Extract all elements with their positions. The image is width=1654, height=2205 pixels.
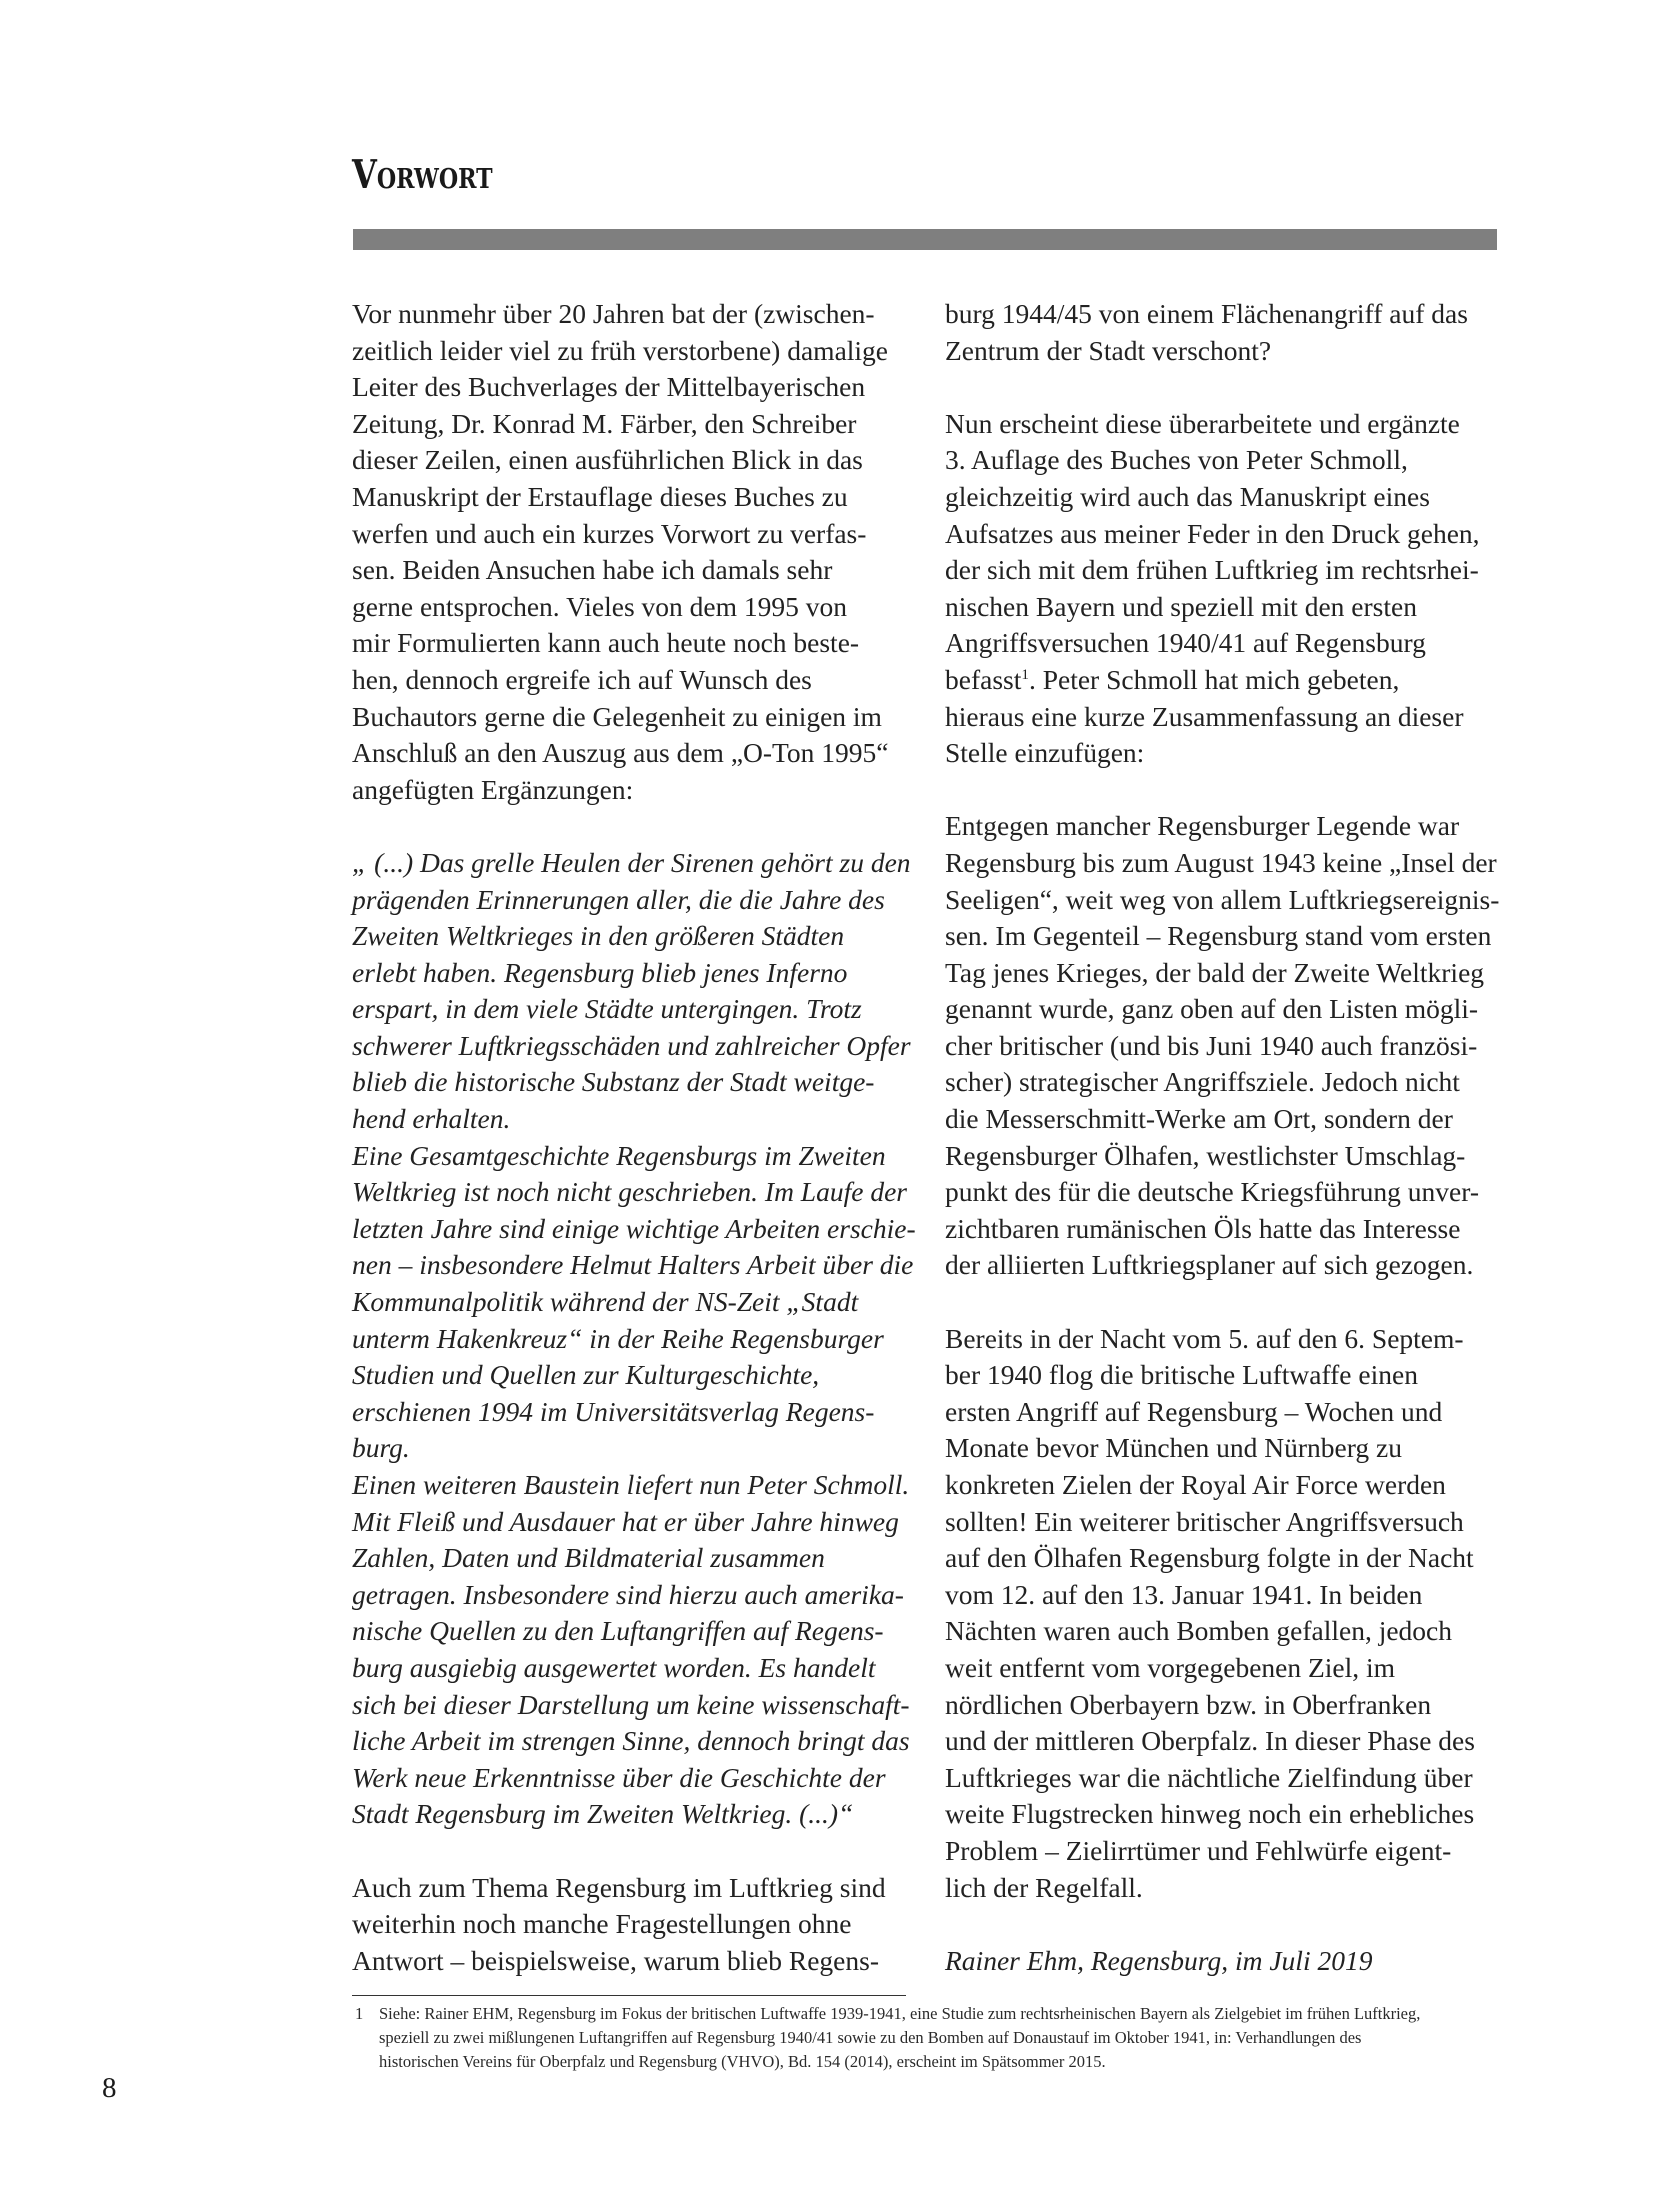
right-column: burg 1944/45 von einem Flächenangriff au… xyxy=(945,296,1525,1979)
footnote-separator xyxy=(352,1995,906,1996)
quote-line: Zweiten Weltkrieges in den größeren Städ… xyxy=(352,918,932,955)
text-line: Regensburg bis zum August 1943 keine „In… xyxy=(945,845,1525,882)
text-line: hieraus eine kurze Zusammenfassung an di… xyxy=(945,699,1525,736)
paragraph-gap xyxy=(945,772,1525,809)
text-line: sen. Im Gegenteil – Regensburg stand vom… xyxy=(945,918,1525,955)
quote-line: schwerer Luftkriegsschäden und zahlreich… xyxy=(352,1028,932,1065)
text-line: Aufsatzes aus meiner Feder in den Druck … xyxy=(945,516,1525,553)
paragraph-gap xyxy=(352,1833,932,1870)
text-line: weiterhin noch manche Fragestellungen oh… xyxy=(352,1906,932,1943)
text-line: punkt des für die deutsche Kriegsführung… xyxy=(945,1174,1525,1211)
page-number: 8 xyxy=(102,2072,117,2105)
text-line: Buchautors gerne die Gelegenheit zu eini… xyxy=(352,699,932,736)
text-line: burg 1944/45 von einem Flächenangriff au… xyxy=(945,296,1525,333)
quote-line: nen – insbesondere Helmut Halters Arbeit… xyxy=(352,1247,932,1284)
quote-line: getragen. Insbesondere sind hierzu auch … xyxy=(352,1577,932,1614)
text-line: Luftkrieges war die nächtliche Zielfindu… xyxy=(945,1760,1525,1797)
quote-line: Eine Gesamtgeschichte Regensburgs im Zwe… xyxy=(352,1138,932,1175)
text-line: gerne entsprochen. Vieles von dem 1995 v… xyxy=(352,589,932,626)
title-accent-bar xyxy=(353,229,1497,250)
text-line: 3. Auflage des Buches von Peter Schmoll, xyxy=(945,442,1525,479)
text-line: nischen Bayern und speziell mit den erst… xyxy=(945,589,1525,626)
text-line: sollten! Ein weiterer britischer Angriff… xyxy=(945,1504,1525,1541)
text-line: Angriffsversuchen 1940/41 auf Regensburg xyxy=(945,625,1525,662)
text-line: angefügten Ergänzungen: xyxy=(352,772,932,809)
text-line: Auch zum Thema Regensburg im Luftkrieg s… xyxy=(352,1870,932,1907)
text-line: scher) strategischer Angriffsziele. Jedo… xyxy=(945,1064,1525,1101)
quote-line: Einen weiteren Baustein liefert nun Pete… xyxy=(352,1467,932,1504)
text-line: Bereits in der Nacht vom 5. auf den 6. S… xyxy=(945,1321,1525,1358)
text-line: gleichzeitig wird auch das Manuskript ei… xyxy=(945,479,1525,516)
text-line: Nächten waren auch Bomben gefallen, jedo… xyxy=(945,1613,1525,1650)
text-line: weit entfernt vom vorgegebenen Ziel, im xyxy=(945,1650,1525,1687)
quote-line: nische Quellen zu den Luftangriffen auf … xyxy=(352,1613,932,1650)
paragraph-gap xyxy=(945,369,1525,406)
text-line: hen, dennoch ergreife ich auf Wunsch des xyxy=(352,662,932,699)
quote-line: erspart, in dem viele Städte untergingen… xyxy=(352,991,932,1028)
text-line: auf den Ölhafen Regensburg folgte in der… xyxy=(945,1540,1525,1577)
quote-line: unterm Hakenkreuz“ in der Reihe Regensbu… xyxy=(352,1321,932,1358)
footnote-line: Siehe: Rainer EHM, Regensburg im Fokus d… xyxy=(379,2002,1519,2026)
text-line: konkreten Zielen der Royal Air Force wer… xyxy=(945,1467,1525,1504)
text-line: Stelle einzufügen: xyxy=(945,735,1525,772)
text-line: Problem – Zielirrtümer und Fehlwürfe eig… xyxy=(945,1833,1525,1870)
quote-line: burg ausgiebig ausgewertet worden. Es ha… xyxy=(352,1650,932,1687)
quote-line: erlebt haben. Regensburg blieb jenes Inf… xyxy=(352,955,932,992)
text-line-with-footnote: befasst1. Peter Schmoll hat mich gebeten… xyxy=(945,662,1525,699)
text-line: cher britischer (und bis Juni 1940 auch … xyxy=(945,1028,1525,1065)
text-line: genannt wurde, ganz oben auf den Listen … xyxy=(945,991,1525,1028)
text-line: die Messerschmitt-Werke am Ort, sondern … xyxy=(945,1101,1525,1138)
page-title: Vorwort xyxy=(352,150,493,200)
text-line: dieser Zeilen, einen ausführlichen Blick… xyxy=(352,442,932,479)
intro-paragraph: Vor nunmehr über 20 Jahren bat der (zwis… xyxy=(352,296,932,808)
text-line: mir Formulierten kann auch heute noch be… xyxy=(352,625,932,662)
paragraph-gap xyxy=(352,808,932,845)
quote-line: Weltkrieg ist noch nicht geschrieben. Im… xyxy=(352,1174,932,1211)
text-line: Vor nunmehr über 20 Jahren bat der (zwis… xyxy=(352,296,932,333)
text-line: zeitlich leider viel zu früh verstorbene… xyxy=(352,333,932,370)
footnote-text: Siehe: Rainer EHM, Regensburg im Fokus d… xyxy=(379,2002,1519,2074)
quote-line: erschienen 1994 im Universitätsverlag Re… xyxy=(352,1394,932,1431)
quote-line: liche Arbeit im strengen Sinne, dennoch … xyxy=(352,1723,932,1760)
text-line: Zentrum der Stadt verschont? xyxy=(945,333,1525,370)
text-line: werfen und auch ein kurzes Vorwort zu ve… xyxy=(352,516,932,553)
quote-line: blieb die historische Substanz der Stadt… xyxy=(352,1064,932,1101)
text-line: Regensburger Ölhafen, westlichster Umsch… xyxy=(945,1138,1525,1175)
text-line: zichtbaren rumänischen Öls hatte das Int… xyxy=(945,1211,1525,1248)
text-line: Tag jenes Krieges, der bald der Zweite W… xyxy=(945,955,1525,992)
quote-line: Kommunalpolitik während der NS-Zeit „Sta… xyxy=(352,1284,932,1321)
quote-line: Studien und Quellen zur Kulturgeschichte… xyxy=(352,1357,932,1394)
paragraph-legend: Entgegen mancher Regensburger Legende wa… xyxy=(945,808,1525,1284)
quote-line: letzten Jahre sind einige wichtige Arbei… xyxy=(352,1211,932,1248)
quote-line: burg. xyxy=(352,1430,932,1467)
quote-block: „ (...) Das grelle Heulen der Sirenen ge… xyxy=(352,845,932,1833)
quote-line: prägenden Erinnerungen aller, die die Ja… xyxy=(352,882,932,919)
text-line: Leiter des Buchverlages der Mittelbayeri… xyxy=(352,369,932,406)
footnote-reference[interactable]: 1 xyxy=(1021,667,1029,683)
text-line: ber 1940 flog die britische Luftwaffe ei… xyxy=(945,1357,1525,1394)
quote-line: Mit Fleiß und Ausdauer hat er über Jahre… xyxy=(352,1504,932,1541)
text-line: nördlichen Oberbayern bzw. in Oberfranke… xyxy=(945,1687,1525,1724)
text-fragment: . Peter Schmoll hat mich gebeten, xyxy=(1029,664,1399,695)
text-line: Antwort – beispielsweise, warum blieb Re… xyxy=(352,1943,932,1980)
paragraph-new-edition: Nun erscheint diese überarbeitete und er… xyxy=(945,406,1525,772)
footnote-number: 1 xyxy=(355,2002,363,2026)
text-line: weite Flugstrecken hinweg noch ein erheb… xyxy=(945,1796,1525,1833)
author-signature: Rainer Ehm, Regensburg, im Juli 2019 xyxy=(945,1943,1525,1980)
text-line: Monate bevor München und Nürnberg zu xyxy=(945,1430,1525,1467)
left-column: Vor nunmehr über 20 Jahren bat der (zwis… xyxy=(352,296,932,1979)
text-line: der sich mit dem frühen Luftkrieg im rec… xyxy=(945,552,1525,589)
text-line: der alliierten Luftkriegsplaner auf sich… xyxy=(945,1247,1525,1284)
closing-paragraph: Auch zum Thema Regensburg im Luftkrieg s… xyxy=(352,1870,932,1980)
quote-line: Werk neue Erkenntnisse über die Geschich… xyxy=(352,1760,932,1797)
quote-line: hend erhalten. xyxy=(352,1101,932,1138)
text-fragment: befasst xyxy=(945,664,1021,695)
text-line: vom 12. auf den 13. Januar 1941. In beid… xyxy=(945,1577,1525,1614)
text-line: sen. Beiden Ansuchen habe ich damals seh… xyxy=(352,552,932,589)
quote-line: sich bei dieser Darstellung um keine wis… xyxy=(352,1687,932,1724)
text-line: ersten Angriff auf Regensburg – Wochen u… xyxy=(945,1394,1525,1431)
quote-line: Zahlen, Daten und Bildmaterial zusammen xyxy=(352,1540,932,1577)
text-line: lich der Regelfall. xyxy=(945,1870,1525,1907)
text-line: Entgegen mancher Regensburger Legende wa… xyxy=(945,808,1525,845)
text-line: Nun erscheint diese überarbeitete und er… xyxy=(945,406,1525,443)
text-line: Manuskript der Erstauflage dieses Buches… xyxy=(352,479,932,516)
footnote-line: speziell zu zwei mißlungenen Luftangriff… xyxy=(379,2026,1519,2050)
text-line: Zeitung, Dr. Konrad M. Färber, den Schre… xyxy=(352,406,932,443)
paragraph-gap xyxy=(945,1284,1525,1321)
text-line: Seeligen“, weit weg von allem Luftkriegs… xyxy=(945,882,1525,919)
footnote-line: historischen Vereins für Oberpfalz und R… xyxy=(379,2050,1519,2074)
continuation-paragraph: burg 1944/45 von einem Flächenangriff au… xyxy=(945,296,1525,369)
quote-line: Stadt Regensburg im Zweiten Weltkrieg. (… xyxy=(352,1796,932,1833)
book-page: Vorwort Vor nunmehr über 20 Jahren bat d… xyxy=(0,0,1654,2205)
paragraph-gap xyxy=(945,1906,1525,1943)
text-line: Anschluß an den Auszug aus dem „O-Ton 19… xyxy=(352,735,932,772)
quote-line: „ (...) Das grelle Heulen der Sirenen ge… xyxy=(352,845,932,882)
text-line: und der mittleren Oberpfalz. In dieser P… xyxy=(945,1723,1525,1760)
paragraph-first-attacks: Bereits in der Nacht vom 5. auf den 6. S… xyxy=(945,1321,1525,1907)
